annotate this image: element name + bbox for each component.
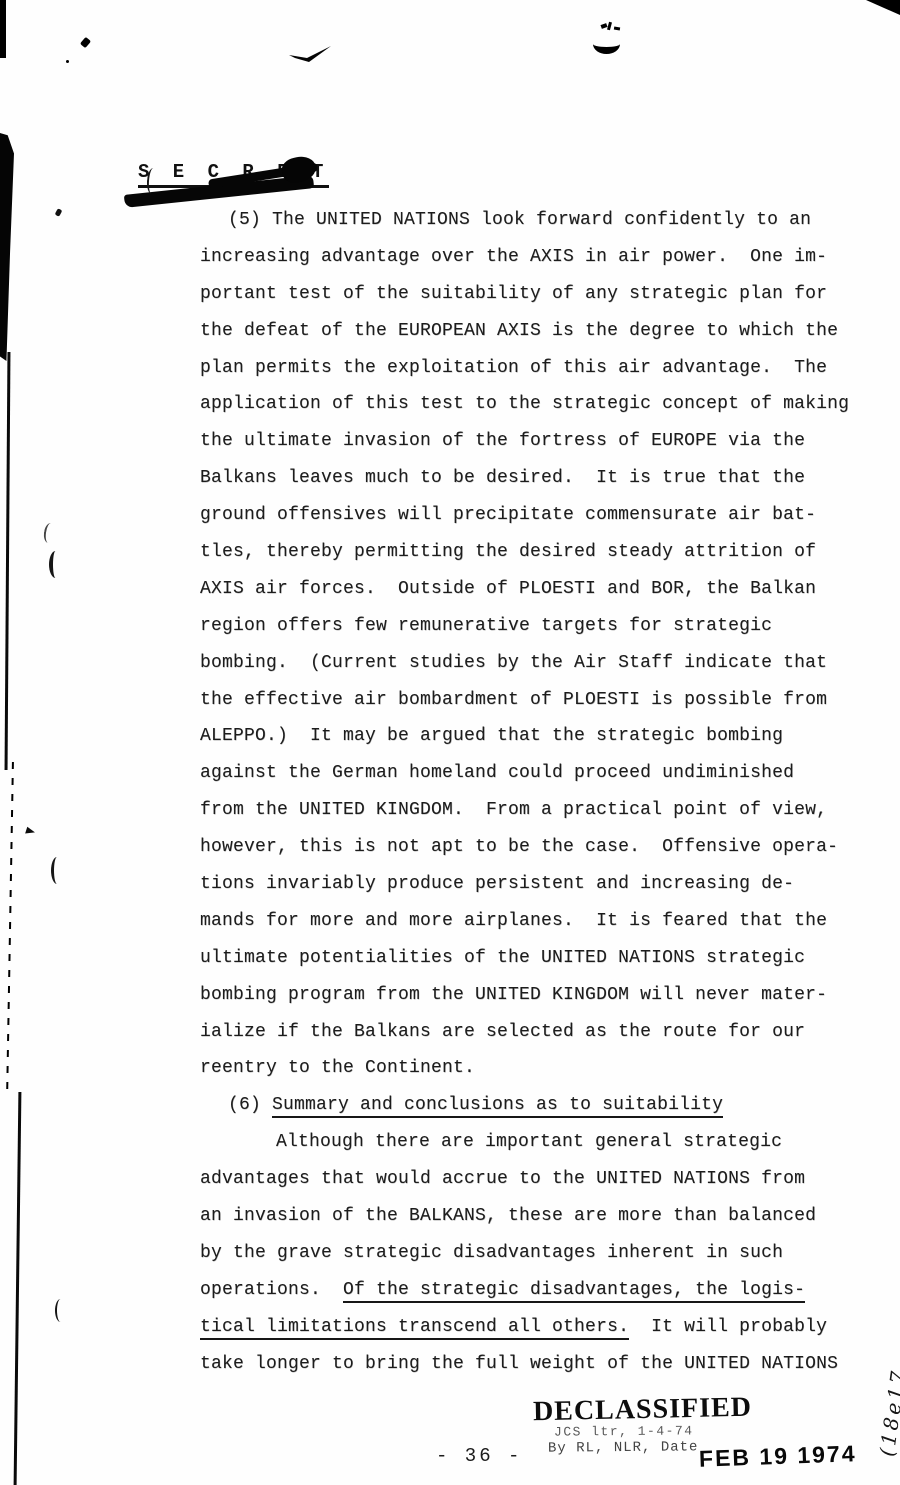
paragraph5-line: from the UNITED KINGDOM. From a practica… (200, 792, 884, 829)
scan-edge-artifact-bar (0, 133, 14, 361)
paragraph6-line: operations. Of the strategic disadvantag… (200, 1272, 884, 1309)
scan-edge-artifact-top-left (0, 0, 6, 58)
paragraph6-line: Although there are important general str… (200, 1124, 884, 1161)
crescent-mark (593, 34, 620, 54)
paragraph5-line: ultimate potentialities of the UNITED NA… (200, 940, 884, 977)
scan-edge-artifact-line-bottom (14, 1092, 22, 1485)
underlined-text: tical limitations transcend all others. (200, 1317, 629, 1340)
paragraph6-line: by the grave strategic disadvantages inh… (200, 1235, 884, 1272)
pen-mark (25, 827, 36, 836)
paragraph5-line: AXIS air forces. Outside of PLOESTI and … (200, 571, 884, 608)
paragraph5-line: mands for more and more airplanes. It is… (200, 903, 884, 940)
paragraph5-line: Balkans leaves much to be desired. It is… (200, 460, 884, 497)
paragraph5-line: bombing program from the UNITED KINGDOM … (200, 977, 884, 1014)
scanned-document-page: S E C R E T (5) The UNITED NATIONS look … (0, 0, 900, 1485)
underlined-text: Of the strategic disadvantages, the logi… (343, 1280, 805, 1303)
paragraph5-line: tions invariably produce persistent and … (200, 866, 884, 903)
scan-edge-artifact-dots (6, 762, 14, 1098)
paragraph6-heading: (6) Summary and conclusions as to suitab… (200, 1087, 884, 1124)
paragraph5-line: region offers few remunerative targets f… (200, 608, 884, 645)
scan-edge-artifact-line (5, 352, 11, 770)
line-text: operations. (200, 1280, 343, 1300)
paragraph5-line: ground offensives will precipitate comme… (200, 497, 884, 534)
pen-mark (43, 522, 57, 543)
declassified-stamp-reference: JCS ltr, 1-4-74 (554, 1423, 694, 1439)
paragraph5-line: the ultimate invasion of the fortress of… (200, 423, 884, 460)
ink-smudge (590, 22, 630, 54)
paragraph5-line: against the German homeland could procee… (200, 755, 884, 792)
paragraph5-line: ALEPPO.) It may be argued that the strat… (200, 718, 884, 755)
ink-speck (80, 37, 91, 48)
pen-mark (55, 1299, 66, 1322)
ink-speck (66, 60, 69, 63)
pen-mark (55, 208, 63, 217)
line-text: It will probably (629, 1317, 827, 1337)
paragraph5-line: increasing advantage over the AXIS in ai… (200, 239, 884, 276)
pen-mark (49, 551, 62, 578)
paragraph6-number: (6) (228, 1095, 272, 1115)
declassified-stamp: DECLASSIFIED (533, 1392, 753, 1429)
document-body: (5) The UNITED NATIONS look forward conf… (200, 202, 884, 1383)
paragraph5-line: the defeat of the EUROPEAN AXIS is the d… (200, 313, 884, 350)
paragraph5-line: however, this is not apt to be the case.… (200, 829, 884, 866)
paragraph5-line: plan permits the exploitation of this ai… (200, 350, 884, 387)
page-number: - 36 - (436, 1445, 522, 1467)
date-stamp: FEB 19 1974 (699, 1440, 857, 1472)
paragraph5-line: bombing. (Current studies by the Air Sta… (200, 645, 884, 682)
paragraph5-line: (5) The UNITED NATIONS look forward conf… (200, 202, 884, 239)
pen-mark (51, 857, 63, 884)
paragraph5-line: reentry to the Continent. (200, 1050, 884, 1087)
paragraph5-line: tles, thereby permitting the desired ste… (200, 534, 884, 571)
paragraph6-line: an invasion of the BALKANS, these are mo… (200, 1198, 884, 1235)
scan-corner-artifact (866, 0, 900, 15)
paragraph6-line: tical limitations transcend all others. … (200, 1309, 884, 1346)
paragraph5-line: the effective air bombardment of PLOESTI… (200, 682, 884, 719)
paragraph5-line: ialize if the Balkans are selected as th… (200, 1014, 884, 1051)
declassified-stamp-byline: By RL, NLR, Date (548, 1439, 699, 1456)
paragraph6-line: advantages that would accrue to the UNIT… (200, 1161, 884, 1198)
paragraph6-line: take longer to bring the full weight of … (200, 1346, 884, 1383)
paragraph5-line: application of this test to the strategi… (200, 386, 884, 423)
paragraph6-heading-text: Summary and conclusions as to suitabilit… (272, 1095, 723, 1118)
check-mark (289, 45, 333, 65)
paragraph5-line: portant test of the suitability of any s… (200, 276, 884, 313)
